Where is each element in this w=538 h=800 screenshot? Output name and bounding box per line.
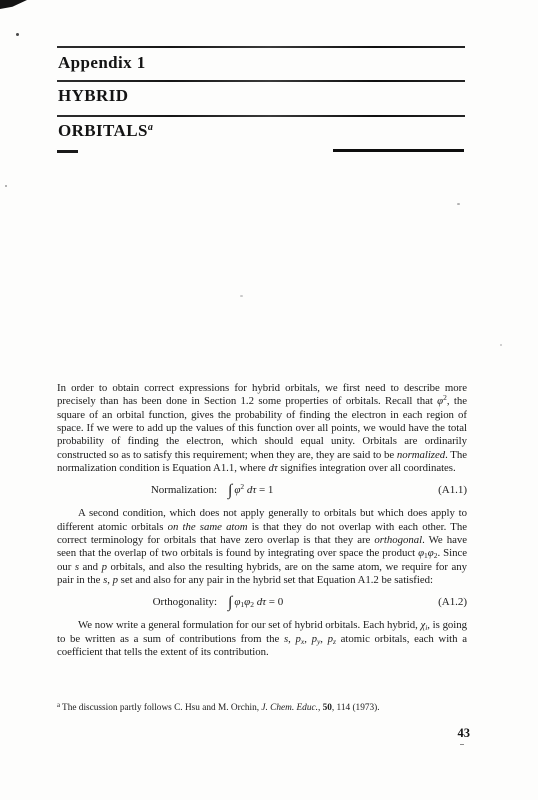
equation-expression: ∫φ1φ2 dτ = 0 <box>228 596 283 609</box>
footnote-marker: a <box>57 702 60 709</box>
scan-speck <box>460 744 464 745</box>
chapter-title-line-1: HYBRID <box>58 86 128 106</box>
equation-label: Normalization: <box>57 484 217 497</box>
paragraph-hybrid-formulation: We now write a general formulation for o… <box>57 619 467 659</box>
equation-expression: ∫φ2 dτ = 1 <box>228 484 273 497</box>
book-page: Appendix 1 HYBRID ORBITALSa In order to … <box>0 0 538 800</box>
equation-a1-1: Normalization: ∫φ2 dτ = 1 (A1.1) <box>57 481 467 500</box>
paragraph-orthogonality: A second condition, which does not apply… <box>57 507 467 587</box>
header-rule <box>57 80 465 82</box>
scan-speck <box>457 203 460 205</box>
header-rule-bottom-right-segment <box>333 149 464 152</box>
equation-a1-2: Orthogonality: ∫φ1φ2 dτ = 0 (A1.2) <box>57 593 467 612</box>
footnote-text: The discussion partly follows C. Hsu and… <box>62 703 380 713</box>
scan-artifact-corner-smudge <box>0 0 27 9</box>
equation-number: (A1.1) <box>438 484 467 497</box>
body-text-column: In order to obtain correct expressions f… <box>57 382 467 660</box>
scan-speck <box>500 344 502 346</box>
scan-speck <box>5 185 7 187</box>
appendix-label: Appendix 1 <box>58 53 146 73</box>
equation-number: (A1.2) <box>438 596 467 609</box>
header-rule-top <box>57 46 465 48</box>
paragraph-normalization: In order to obtain correct expressions f… <box>57 382 467 475</box>
chapter-title-text: ORBITALS <box>58 121 148 140</box>
page-number: 43 <box>458 726 471 741</box>
title-footnote-marker: a <box>148 122 153 133</box>
header-rule-bottom-left-segment <box>57 150 78 153</box>
header-rule <box>57 115 465 117</box>
scan-speck <box>240 295 243 297</box>
scan-artifact-dot <box>16 33 19 36</box>
equation-label: Orthogonality: <box>57 596 217 609</box>
chapter-title-line-2: ORBITALSa <box>58 121 153 141</box>
footnote: aThe discussion partly follows C. Hsu an… <box>57 703 437 714</box>
